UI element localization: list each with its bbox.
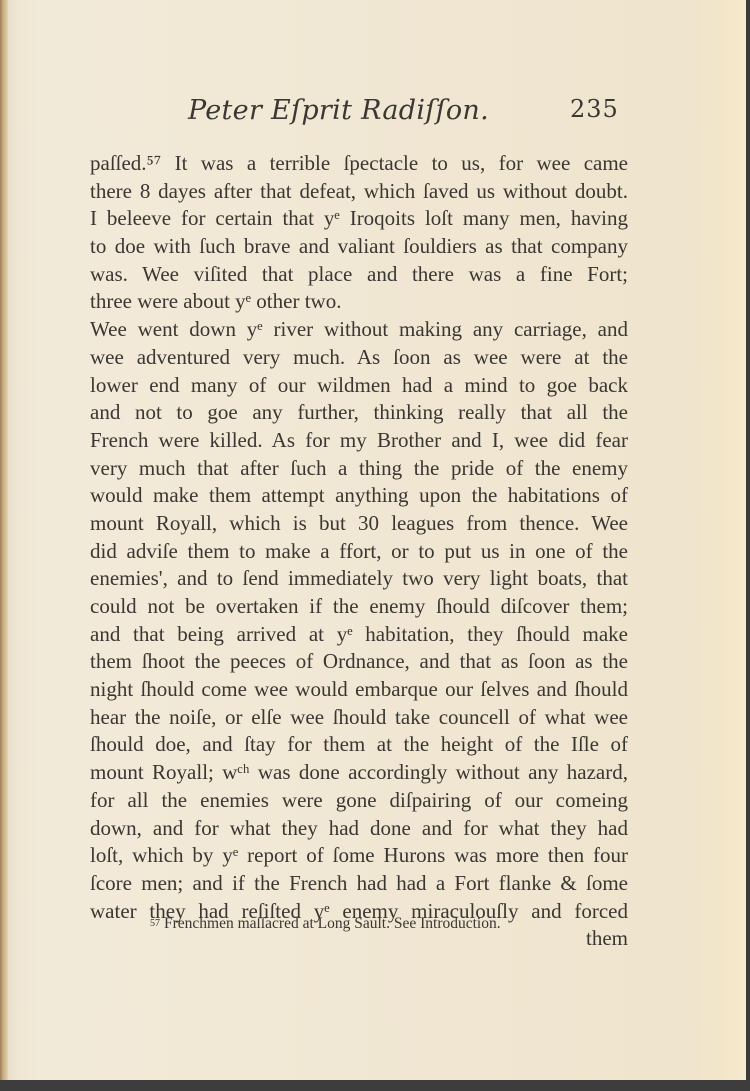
text-line: I beleeve for certain that yᵉ Iroqoits l…: [90, 205, 628, 233]
running-title: Peter Eſprit Radiſſon.: [188, 95, 489, 126]
scan-background: [0, 1080, 750, 1091]
book-page: Peter Eſprit Radiſſon. 235 paſſed.⁵⁷ It …: [0, 0, 746, 1084]
text-line: paſſed.⁵⁷ It was a terrible ſpectacle to…: [90, 150, 628, 178]
footnote-text: Frenchmen maſſacred at Long Sault. See I…: [164, 915, 501, 932]
text-line: was. Wee viſited that place and there wa…: [90, 261, 628, 289]
text-line: three were about yᵉ other two.: [90, 288, 628, 316]
text-line: very much that after ſuch a thing the pr…: [90, 455, 628, 483]
running-header: Peter Eſprit Radiſſon. 235: [150, 95, 620, 135]
text-line: lower end many of our wildmen had a mind…: [90, 372, 628, 400]
text-line: wee adventured very much. As ſoon as wee…: [90, 344, 628, 372]
body-text: paſſed.⁵⁷ It was a terrible ſpectacle to…: [90, 150, 628, 953]
text-line: and not to goe any further, thinking rea…: [90, 399, 628, 427]
page-gutter: [0, 0, 8, 1084]
footnote-marker: 57: [150, 918, 160, 929]
text-line: could not be overtaken if the enemy ſhou…: [90, 593, 628, 621]
text-line: French were killed. As for my Brother an…: [90, 427, 628, 455]
text-line: ſhould doe, and ſtay for them at the hei…: [90, 731, 628, 759]
text-line: mount Royall, which is but 30 leagues fr…: [90, 510, 628, 538]
text-line-paragraph-start: Wee went down yᵉ river without making an…: [90, 316, 628, 344]
text-line: night ſhould come wee would embarque our…: [90, 676, 628, 704]
text-line: did adviſe them to make a ffort, or to p…: [90, 538, 628, 566]
text-line: would make them attempt anything upon th…: [90, 482, 628, 510]
text-line: down, and for what they had done and for…: [90, 815, 628, 843]
text-line: loſt, which by yᵉ report of ſome Hurons …: [90, 842, 628, 870]
page-number: 235: [570, 95, 619, 123]
text-line: mount Royall; wᶜʰ was done accordingly w…: [90, 759, 628, 787]
text-line: and that being arrived at yᵉ habitation,…: [90, 621, 628, 649]
footnote: 57Frenchmen maſſacred at Long Sault. See…: [150, 915, 570, 933]
text-line: there 8 dayes after that defeat, which ſ…: [90, 178, 628, 206]
text-line: to doe with ſuch brave and valiant ſould…: [90, 233, 628, 261]
text-line: enemies', and to ſend immediately two ve…: [90, 565, 628, 593]
text-line: them ſhoot the peeces of Ordnance, and t…: [90, 648, 628, 676]
text-line: hear the noiſe, or elſe wee ſhould take …: [90, 704, 628, 732]
text-line: ſcore men; and if the French had had a F…: [90, 870, 628, 898]
text-line: for all the enemies were gone diſpairing…: [90, 787, 628, 815]
